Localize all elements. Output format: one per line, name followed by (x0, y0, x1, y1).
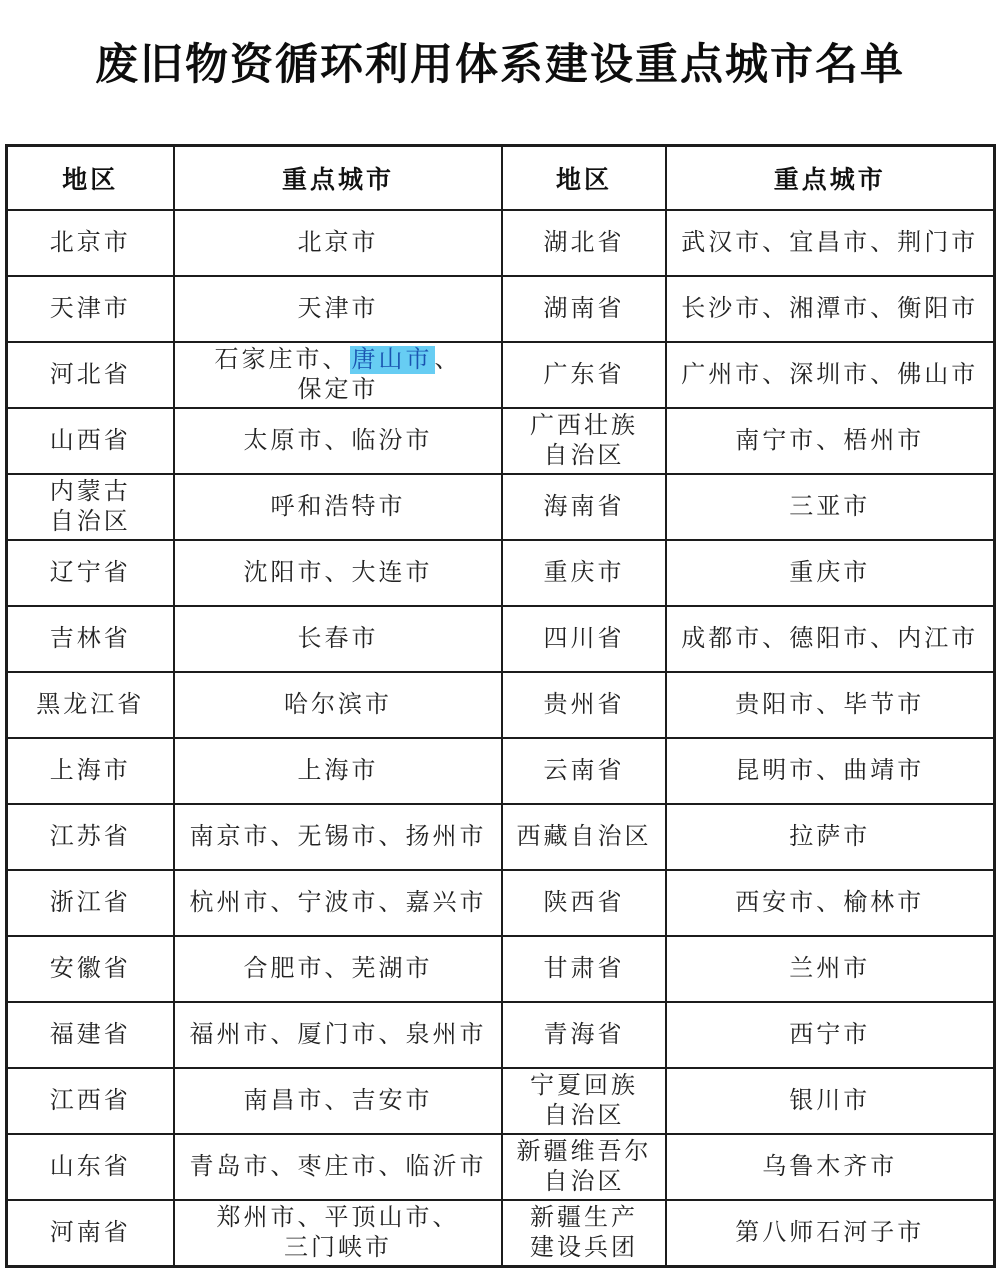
region-cell: 广东省 (502, 342, 666, 408)
region-cell: 福建省 (6, 1002, 174, 1068)
cities-cell: 长沙市、湘潭市、衡阳市 (666, 276, 994, 342)
table-row: 上海市 上海市 云南省 昆明市、曲靖市 (6, 738, 994, 804)
region-cell: 北京市 (6, 210, 174, 276)
cities-cell: 第八师石河子市 (666, 1200, 994, 1267)
region-cell: 安徽省 (6, 936, 174, 1002)
table-row: 内蒙古 自治区 呼和浩特市 海南省 三亚市 (6, 474, 994, 540)
header-cities-2: 重点城市 (666, 145, 994, 210)
cities-cell: 长春市 (174, 606, 502, 672)
table-row: 吉林省 长春市 四川省 成都市、德阳市、内江市 (6, 606, 994, 672)
region-cell: 辽宁省 (6, 540, 174, 606)
cities-cell: 青岛市、枣庄市、临沂市 (174, 1134, 502, 1200)
cities-text: 石家庄市、 (215, 347, 350, 373)
cities-cell: 郑州市、平顶山市、 三门峡市 (174, 1200, 502, 1267)
region-cell: 云南省 (502, 738, 666, 804)
region-cell: 河南省 (6, 1200, 174, 1267)
table-row: 浙江省 杭州市、宁波市、嘉兴市 陕西省 西安市、榆林市 (6, 870, 994, 936)
table-row: 山西省 太原市、临汾市 广西壮族 自治区 南宁市、梧州市 (6, 408, 994, 474)
cities-cell: 南昌市、吉安市 (174, 1068, 502, 1134)
region-cell: 重庆市 (502, 540, 666, 606)
cities-cell: 广州市、深圳市、佛山市 (666, 342, 994, 408)
cities-cell: 南京市、无锡市、扬州市 (174, 804, 502, 870)
region-cell: 浙江省 (6, 870, 174, 936)
region-cell: 江苏省 (6, 804, 174, 870)
header-region-1: 地区 (6, 145, 174, 210)
header-cities-1: 重点城市 (174, 145, 502, 210)
region-cell: 青海省 (502, 1002, 666, 1068)
table-header-row: 地区 重点城市 地区 重点城市 (6, 145, 994, 210)
region-cell: 西藏自治区 (502, 804, 666, 870)
cities-cell: 西安市、榆林市 (666, 870, 994, 936)
cities-cell: 成都市、德阳市、内江市 (666, 606, 994, 672)
region-cell: 宁夏回族 自治区 (502, 1068, 666, 1134)
region-cell: 湖南省 (502, 276, 666, 342)
table-row: 河北省 石家庄市、唐山市、 保定市 广东省 广州市、深圳市、佛山市 (6, 342, 994, 408)
highlighted-city: 唐山市 (350, 346, 435, 374)
table-row: 福建省 福州市、厦门市、泉州市 青海省 西宁市 (6, 1002, 994, 1068)
region-cell: 上海市 (6, 738, 174, 804)
cities-cell: 兰州市 (666, 936, 994, 1002)
key-cities-table: 地区 重点城市 地区 重点城市 北京市 北京市 湖北省 武汉市、宜昌市、荆门市 … (5, 144, 996, 1268)
region-cell: 四川省 (502, 606, 666, 672)
header-region-2: 地区 (502, 145, 666, 210)
cities-cell: 贵阳市、毕节市 (666, 672, 994, 738)
region-cell: 贵州省 (502, 672, 666, 738)
table-row: 江西省 南昌市、吉安市 宁夏回族 自治区 银川市 (6, 1068, 994, 1134)
cities-cell: 沈阳市、大连市 (174, 540, 502, 606)
cities-cell: 合肥市、芜湖市 (174, 936, 502, 1002)
region-cell: 陕西省 (502, 870, 666, 936)
region-cell: 天津市 (6, 276, 174, 342)
cities-cell: 杭州市、宁波市、嘉兴市 (174, 870, 502, 936)
region-cell: 吉林省 (6, 606, 174, 672)
cities-cell: 太原市、临汾市 (174, 408, 502, 474)
region-cell: 广西壮族 自治区 (502, 408, 666, 474)
region-cell: 河北省 (6, 342, 174, 408)
cities-cell: 福州市、厦门市、泉州市 (174, 1002, 502, 1068)
cities-cell: 武汉市、宜昌市、荆门市 (666, 210, 994, 276)
region-cell: 新疆生产 建设兵团 (502, 1200, 666, 1267)
region-cell: 江西省 (6, 1068, 174, 1134)
table-row: 黑龙江省 哈尔滨市 贵州省 贵阳市、毕节市 (6, 672, 994, 738)
cities-cell: 上海市 (174, 738, 502, 804)
cities-cell: 天津市 (174, 276, 502, 342)
cities-cell: 北京市 (174, 210, 502, 276)
cities-cell: 西宁市 (666, 1002, 994, 1068)
region-cell: 山东省 (6, 1134, 174, 1200)
region-cell: 海南省 (502, 474, 666, 540)
cities-cell: 呼和浩特市 (174, 474, 502, 540)
cities-cell: 石家庄市、唐山市、 保定市 (174, 342, 502, 408)
cities-cell: 昆明市、曲靖市 (666, 738, 994, 804)
region-cell: 湖北省 (502, 210, 666, 276)
page-title: 废旧物资循环利用体系建设重点城市名单 (0, 0, 1000, 94)
cities-cell: 哈尔滨市 (174, 672, 502, 738)
cities-cell: 乌鲁木齐市 (666, 1134, 994, 1200)
cities-cell: 银川市 (666, 1068, 994, 1134)
cities-cell: 南宁市、梧州市 (666, 408, 994, 474)
region-cell: 甘肃省 (502, 936, 666, 1002)
table-row: 江苏省 南京市、无锡市、扬州市 西藏自治区 拉萨市 (6, 804, 994, 870)
table-row: 山东省 青岛市、枣庄市、临沂市 新疆维吾尔 自治区 乌鲁木齐市 (6, 1134, 994, 1200)
table-row: 北京市 北京市 湖北省 武汉市、宜昌市、荆门市 (6, 210, 994, 276)
table-row: 河南省 郑州市、平顶山市、 三门峡市 新疆生产 建设兵团 第八师石河子市 (6, 1200, 994, 1267)
region-cell: 新疆维吾尔 自治区 (502, 1134, 666, 1200)
table-row: 辽宁省 沈阳市、大连市 重庆市 重庆市 (6, 540, 994, 606)
cities-cell: 拉萨市 (666, 804, 994, 870)
cities-cell: 重庆市 (666, 540, 994, 606)
region-cell: 山西省 (6, 408, 174, 474)
cities-cell: 三亚市 (666, 474, 994, 540)
region-cell: 黑龙江省 (6, 672, 174, 738)
table-row: 天津市 天津市 湖南省 长沙市、湘潭市、衡阳市 (6, 276, 994, 342)
table-row: 安徽省 合肥市、芜湖市 甘肃省 兰州市 (6, 936, 994, 1002)
region-cell: 内蒙古 自治区 (6, 474, 174, 540)
